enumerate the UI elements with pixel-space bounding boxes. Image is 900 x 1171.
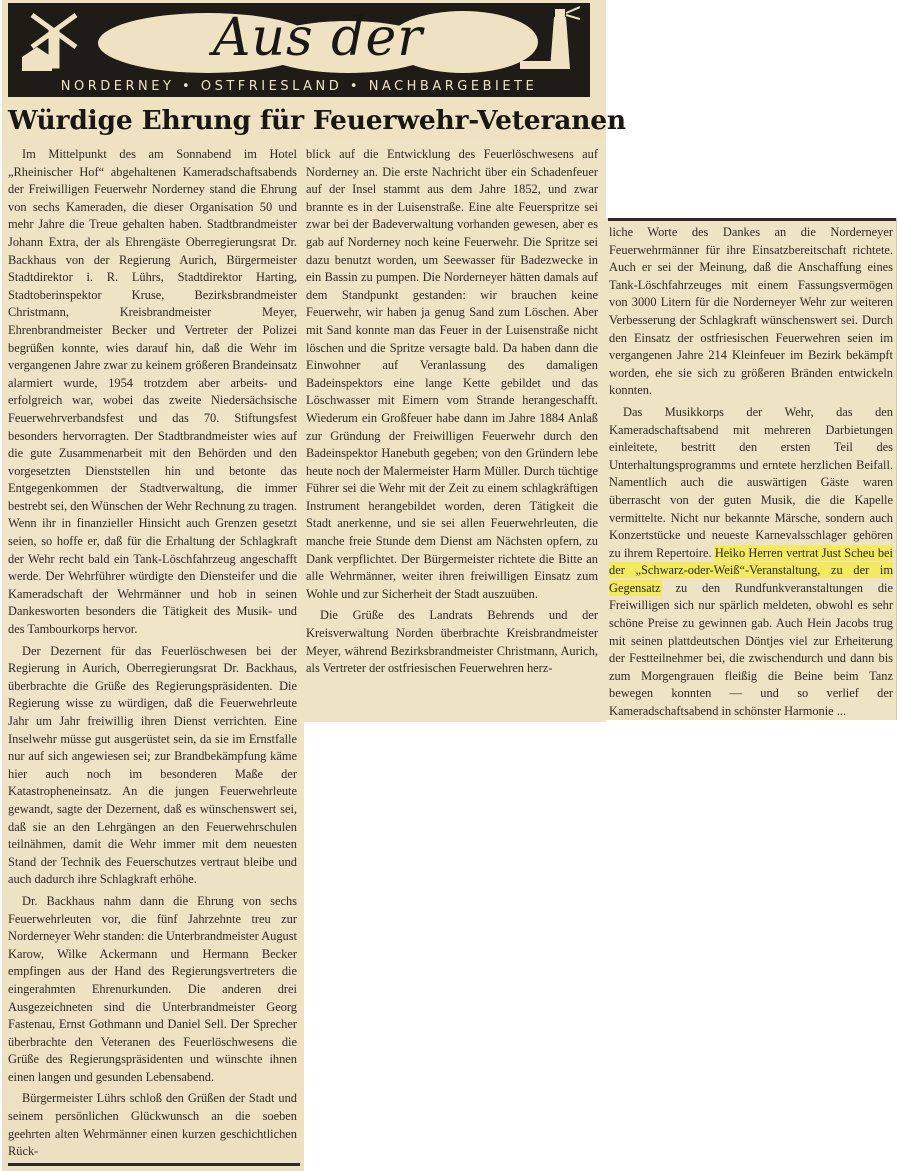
paragraph: Bürgermeister Lührs schloß den Grüßen de… — [8, 1090, 297, 1160]
masthead-title: Aus der Heimat — [128, 5, 508, 71]
article-column-2: blick auf die Entwicklung des Feuerlösch… — [306, 146, 598, 678]
article-column-3: liche Worte des Dankes an die Norderneye… — [609, 224, 893, 721]
paragraph: blick auf die Entwicklung des Feuerlösch… — [306, 146, 598, 603]
article-column-1: Im Mittelpunkt des am Sonnabend im Hotel… — [8, 146, 297, 1161]
masthead-subtitle: NORDERNEY • OSTFRIESLAND • NACHBARGEBIET… — [8, 77, 590, 97]
paragraph: Das Musikkorps der Wehr, das den Kamerad… — [609, 404, 893, 721]
lighthouse-icon — [520, 5, 580, 75]
text-run: Das Musikkorps der Wehr, das den Kamerad… — [609, 405, 893, 560]
windmill-icon — [18, 7, 88, 75]
paragraph: Dr. Backhaus nahm dann die Ehrung von se… — [8, 893, 297, 1087]
bottom-rule — [8, 1163, 300, 1166]
paragraph: Die Grüße des Landrats Behrends und der … — [306, 607, 598, 677]
paragraph: Im Mittelpunkt des am Sonnabend im Hotel… — [8, 146, 297, 639]
paragraph: liche Worte des Dankes an die Norderneye… — [609, 224, 893, 400]
text-run: zu den Rundfunkveranstaltungen die Freiw… — [609, 581, 893, 718]
masthead: Aus der Heimat NORDERNEY • OSTFRIESLAND … — [8, 3, 590, 97]
top-rule — [608, 218, 896, 221]
paragraph: Der Dezernent für das Feuerlöschwesen be… — [8, 643, 297, 889]
article-headline: Würdige Ehrung für Feuerwehr-Veteranen — [8, 105, 598, 136]
